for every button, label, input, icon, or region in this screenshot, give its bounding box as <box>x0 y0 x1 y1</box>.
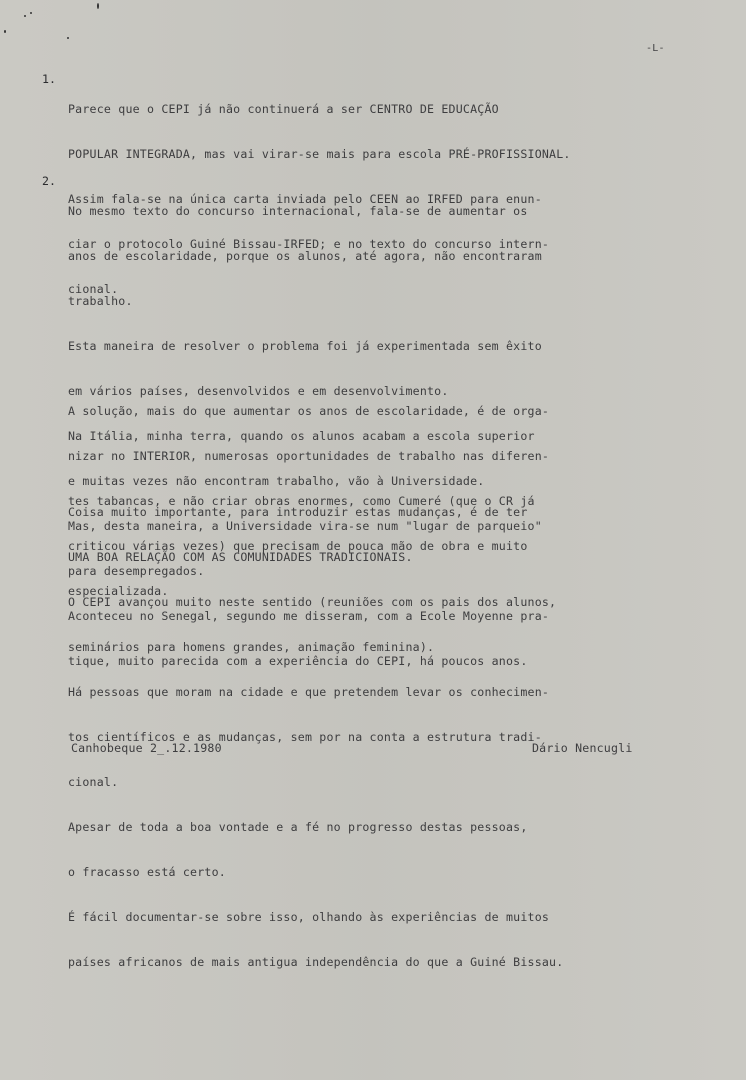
text-line: Parece que o CEPI já não continuerá a se… <box>68 102 571 117</box>
text-line: anos de escolaridade, porque os alunos, … <box>68 249 549 264</box>
text-line: Coisa muito importante, para introduzir … <box>68 505 563 520</box>
text-line: O CEPI avançou muito neste sentido (reun… <box>68 595 563 610</box>
page-number: -L- <box>646 41 665 56</box>
text-line: nizar no INTERIOR, numerosas oportunidad… <box>68 449 549 464</box>
text-line: POPULAR INTEGRADA, mas vai virar-se mais… <box>68 147 571 162</box>
typewritten-page: -L- 1. Parece que o CEPI já não continue… <box>0 0 746 1080</box>
ink-speck <box>67 37 69 39</box>
text-line: UMA BOA RELAÇÃO COM AS COMUNIDADES TRADI… <box>68 550 563 565</box>
signature: Dário Nencugli <box>532 741 633 756</box>
ink-speck <box>30 12 32 14</box>
text-line: É fácil documentar-se sobre isso, olhand… <box>68 910 563 925</box>
ink-speck <box>4 30 6 33</box>
text-line: No mesmo texto do concurso internacional… <box>68 204 549 219</box>
text-line: cional. <box>68 775 563 790</box>
text-line: A solução, mais do que aumentar os anos … <box>68 404 549 419</box>
text-line: Há pessoas que moram na cidade e que pre… <box>68 685 563 700</box>
place-date: Canhobeque 2_.12.1980 <box>71 741 222 756</box>
text-line: Esta maneira de resolver o problema foi … <box>68 339 549 354</box>
text-line: países africanos de mais antigua indepen… <box>68 955 563 970</box>
ink-speck <box>97 3 99 9</box>
text-line: trabalho. <box>68 294 549 309</box>
text-line: o fracasso está certo. <box>68 865 563 880</box>
section-number: 2. <box>42 174 56 188</box>
ink-speck <box>24 15 26 17</box>
text-line: seminários para homens grandes, animação… <box>68 640 563 655</box>
paragraph-4: Coisa muito importante, para introduzir … <box>68 475 563 1000</box>
text-line: Apesar de toda a boa vontade e a fé no p… <box>68 820 563 835</box>
section-number: 1. <box>42 72 56 86</box>
